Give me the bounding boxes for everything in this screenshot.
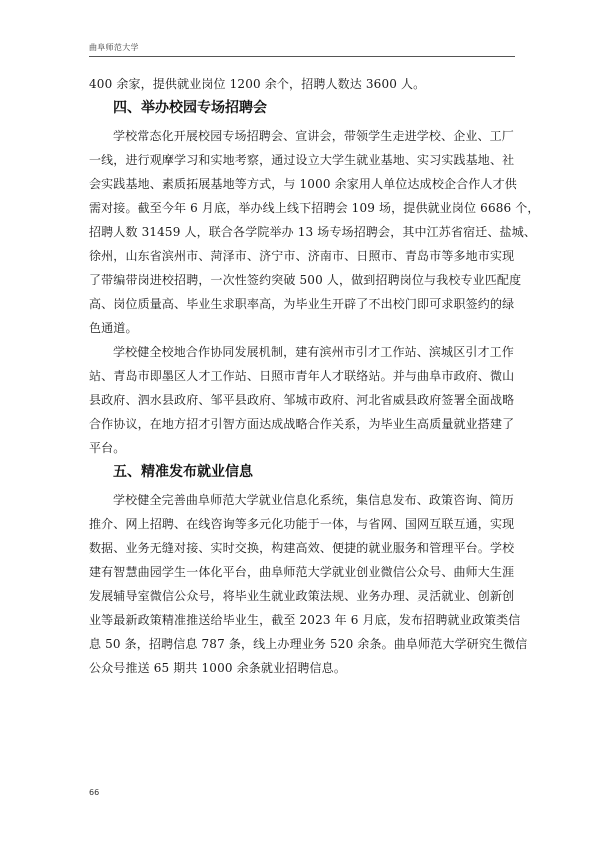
text-line: 会实践基地、素质拓展基地等方式，与 1000 余家用人单位达成校企合作人才供 — [89, 172, 515, 196]
text-line: 息 50 条，招聘信息 787 条，线上办理业务 520 余条。曲阜师范大学研究… — [89, 632, 515, 656]
text-line: 推介、网上招聘、在线咨询等多元化功能于一体，与省网、国网互联互通，实现 — [89, 512, 515, 536]
text-line: 数据、业务无缝对接、实时交换，构建高效、便捷的就业服务和管理平台。学校 — [89, 536, 515, 560]
text-line: 发展辅导室微信公众号，将毕业生就业政策法规、业务办理、灵活就业、创新创 — [89, 584, 515, 608]
paragraph: 学校常态化开展校园专场招聘会、宣讲会，带领学生走进学校、企业、工厂 一线，进行观… — [89, 124, 515, 340]
paragraph: 学校健全完善曲阜师范大学就业信息化系统，集信息发布、政策咨询、简历 推介、网上招… — [89, 488, 515, 680]
text-line: 高、岗位质量高、毕业生求职率高，为毕业生开辟了不出校门即可求职签约的绿 — [89, 292, 515, 316]
text-line: 了带编带岗进校招聘，一次性签约突破 500 人，做到招聘岗位与我校专业匹配度 — [89, 268, 515, 292]
text-line: 公众号推送 65 期共 1000 余条就业招聘信息。 — [89, 656, 515, 680]
section-heading-4: 四、举办校园专场招聘会 — [89, 96, 515, 124]
text-line: 400 余家，提供就业岗位 1200 余个，招聘人数达 3600 人。 — [89, 72, 515, 96]
text-line: 业等最新政策精准推送给毕业生，截至 2023 年 6 月底，发布招聘就业政策类信 — [89, 608, 515, 632]
page-number: 66 — [89, 788, 99, 797]
text-line: 招聘人数 31459 人，联合各学院举办 13 场专场招聘会，其中江苏省宿迁、盐… — [89, 220, 515, 244]
document-body: 400 余家，提供就业岗位 1200 余个，招聘人数达 3600 人。 四、举办… — [89, 72, 515, 680]
header-title: 曲阜师范大学 — [89, 42, 139, 53]
paragraph: 学校健全校地合作协同发展机制，建有滨州市引才工作站、滨城区引才工作 站、青岛市即… — [89, 340, 515, 460]
text-line: 学校健全校地合作协同发展机制，建有滨州市引才工作站、滨城区引才工作 — [89, 340, 515, 364]
text-line: 站、青岛市即墨区人才工作站、日照市青年人才联络站。并与曲阜市政府、微山 — [89, 364, 515, 388]
text-line: 色通道。 — [89, 316, 515, 340]
text-line: 建有智慧曲园学生一体化平台，曲阜师范大学就业创业微信公众号、曲师大生涯 — [89, 560, 515, 584]
text-line: 县政府、泗水县政府、邹平县政府、邹城市政府、河北省威县政府签署全面战略 — [89, 388, 515, 412]
page-header: 曲阜师范大学 — [89, 40, 515, 57]
section-heading-5: 五、精准发布就业信息 — [89, 460, 515, 488]
text-line: 徐州，山东省滨州市、菏泽市、济宁市、济南市、日照市、青岛市等多地市实现 — [89, 244, 515, 268]
text-line: 学校常态化开展校园专场招聘会、宣讲会，带领学生走进学校、企业、工厂 — [89, 124, 515, 148]
text-line: 一线，进行观摩学习和实地考察，通过设立大学生就业基地、实习实践基地、社 — [89, 148, 515, 172]
text-line: 需对接。截至今年 6 月底，举办线上线下招聘会 109 场，提供就业岗位 668… — [89, 196, 515, 220]
text-line: 合作协议，在地方招才引智方面达成战略合作关系，为毕业生高质量就业搭建了 — [89, 412, 515, 436]
text-line: 平台。 — [89, 436, 515, 460]
text-line: 学校健全完善曲阜师范大学就业信息化系统，集信息发布、政策咨询、简历 — [89, 488, 515, 512]
